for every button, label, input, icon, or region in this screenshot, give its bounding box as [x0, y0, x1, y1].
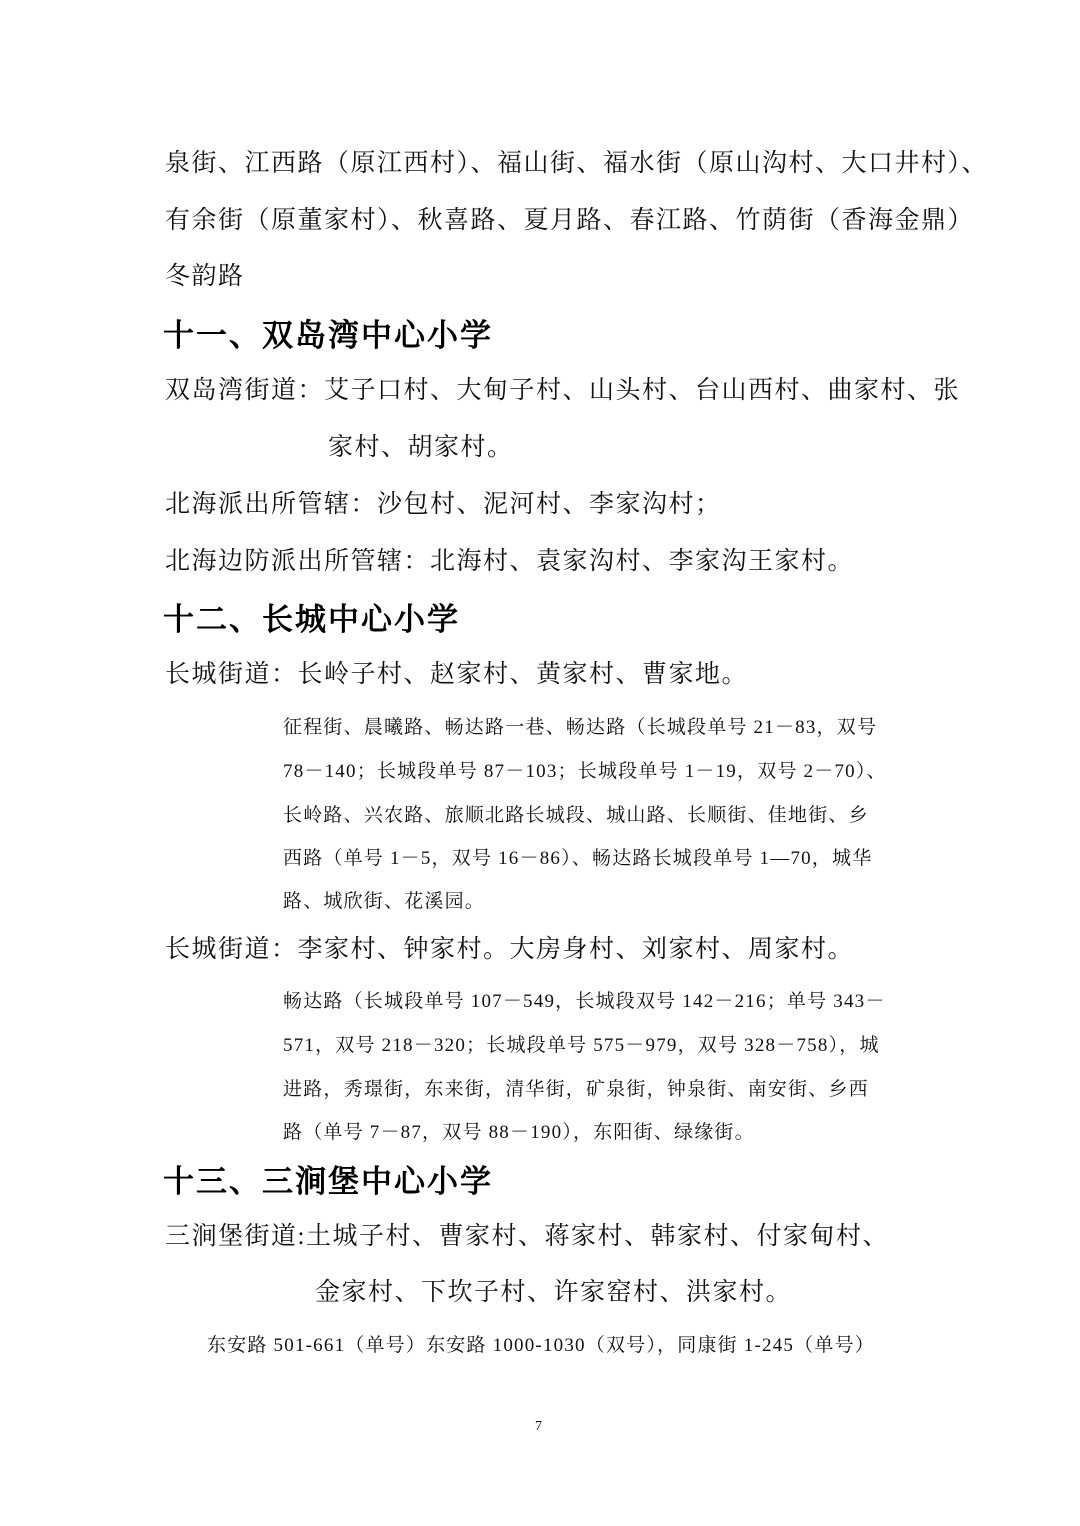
section-12-block1-line-1: 征程街、晨曦路、畅达路一巷、畅达路（长城段单号 21－83，双号	[283, 712, 877, 739]
section-12-line-2: 长城街道：李家村、钟家村。大房身村、刘家村、周家村。	[165, 929, 854, 965]
section-11-line-4: 北海边防派出所管辖：北海村、袁家沟村、李家沟王家村。	[165, 541, 854, 577]
section-12-block1-line-5: 路、城欣街、花溪园。	[283, 886, 485, 913]
section-12-block2-line-1: 畅达路（长城段单号 107－549，长城段双号 142－216；单号 343－	[283, 986, 886, 1013]
section-12-block2-line-3: 进路，秀璟街，东来街，清华街，矿泉街，钟泉街、南安街、乡西	[283, 1074, 869, 1101]
section-13-line-2: 金家村、下坎子村、许家窑村、洪家村。	[315, 1272, 792, 1308]
section-12-block2-line-4: 路（单号 7－87，双号 88－190），东阳街、绿缘街。	[283, 1117, 755, 1144]
section-13-line-1: 三涧堡街道:土城子村、曹家村、蒋家村、韩家村、付家甸村、	[165, 1216, 889, 1252]
section-11-line-1: 双岛湾街道：艾子口村、大甸子村、山头村、台山西村、曲家村、张	[165, 370, 960, 406]
continuation-line-3: 冬韵路	[165, 256, 245, 292]
section-12-line-1: 长城街道：长岭子村、赵家村、黄家村、曹家地。	[165, 654, 748, 690]
section-12-block1-line-3: 长岭路、兴农路、旅顺北路长城段、城山路、长顺街、佳地街、乡	[283, 800, 869, 827]
page-number: 7	[535, 1419, 542, 1435]
section-heading-12: 十二、长城中心小学	[163, 594, 460, 639]
section-13-block1-line-1: 东安路 501-661（单号）东安路 1000-1030（双号），同康街 1-2…	[207, 1330, 875, 1357]
section-11-line-3: 北海派出所管辖：沙包村、泥河村、李家沟村；	[165, 484, 722, 520]
section-12-block1-line-2: 78－140；长城段单号 87－103；长城段单号 1－19，双号 2－70）、	[283, 756, 887, 783]
continuation-line-2: 有余街（原董家村）、秋喜路、夏月路、春江路、竹荫街（香海金鼎）	[165, 200, 974, 236]
section-12-block2-line-2: 571，双号 218－320；长城段单号 575－979，双号 328－758）…	[283, 1030, 880, 1057]
section-12-block1-line-4: 西路（单号 1－5，双号 16－86）、畅达路长城段单号 1—70，城华	[283, 843, 872, 870]
section-heading-11: 十一、双岛湾中心小学	[163, 310, 493, 355]
section-11-line-2: 家村、胡家村。	[328, 427, 514, 463]
continuation-line-1: 泉街、江西路（原江西村）、福山街、福水街（原山沟村、大口井村）、	[165, 143, 988, 179]
section-heading-13: 十三、三涧堡中心小学	[163, 1156, 493, 1201]
